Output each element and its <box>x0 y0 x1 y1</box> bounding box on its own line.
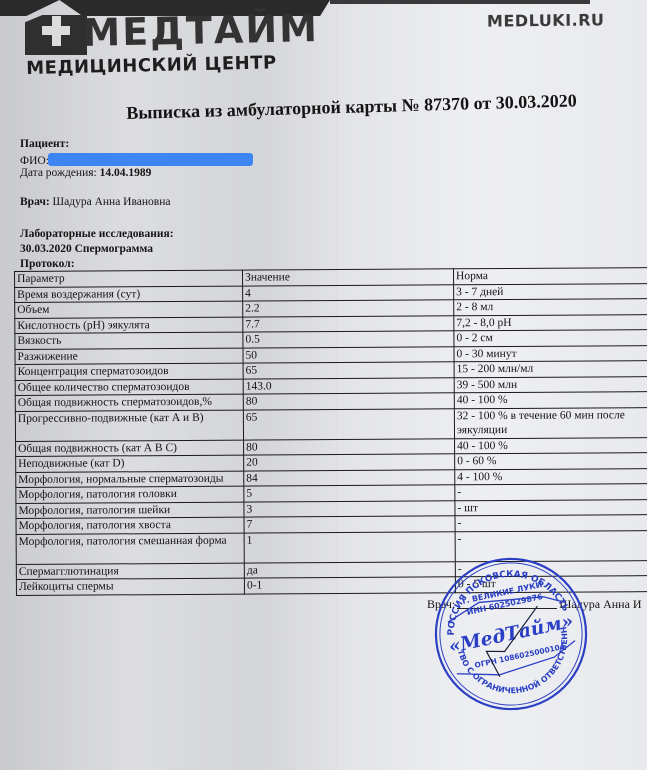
redacted-name <box>48 153 253 166</box>
cell-norm: 0 - 30 минут <box>454 345 647 362</box>
stamp-seal-icon: РОССИЯ ПСКОВСКАЯ ОБЛАСТЬ ОБЩЕСТВО С ОГРА… <box>417 540 604 727</box>
dob-label: Дата рождения: <box>20 167 97 179</box>
lab-test-line: 30.03.2020 Спермограмма <box>20 243 153 255</box>
patient-label: Пациент: <box>20 138 69 150</box>
doctor-name: Шадура Анна Ивановна <box>53 196 171 208</box>
cell-value: 3 <box>244 500 455 517</box>
cell-param: Прогрессивно-подвижные (кат А и В) <box>15 410 243 441</box>
cell-value: 143.0 <box>243 377 454 394</box>
cell-param: Морфология, патология головки <box>16 486 244 503</box>
header-param: Параметр <box>15 270 243 287</box>
cell-value: 2.2 <box>243 300 454 317</box>
lab-label: Лабораторные исследования: <box>20 228 174 240</box>
medical-cross-icon <box>42 16 70 46</box>
cell-value: 20 <box>244 454 455 471</box>
header-value: Значение <box>242 269 453 286</box>
cell-value: 7 <box>244 516 455 533</box>
cell-value: 0.5 <box>243 331 454 348</box>
cell-value: 7.7 <box>243 315 454 332</box>
cell-norm: 0 - 60 % <box>455 453 647 470</box>
clinic-stamp: РОССИЯ ПСКОВСКАЯ ОБЛАСТЬ ОБЩЕСТВО С ОГРА… <box>417 540 604 727</box>
cell-value: 65 <box>243 408 454 439</box>
logo-band-edge <box>330 0 590 4</box>
cell-param: Общая подвижность (кат А В С) <box>16 440 244 457</box>
cell-value: 80 <box>243 393 454 410</box>
cell-param: Морфология, патология хвоста <box>16 517 244 534</box>
cell-norm: 2 - 8 мл <box>454 299 647 316</box>
cell-value: 5 <box>244 485 455 502</box>
cell-value: 84 <box>244 469 455 486</box>
dob-value: 14.04.1989 <box>100 167 152 179</box>
brand-name: МЕДТАЙМ <box>82 9 319 52</box>
cell-norm: - шт <box>455 499 647 516</box>
cell-param: Концентрация сперматозоидов <box>15 363 243 380</box>
cell-norm: 4 - 100 % <box>455 468 647 485</box>
cell-param: Общее количество сперматозоидов <box>15 379 243 396</box>
lab-test: 30.03.2020 Спермограмма <box>20 244 153 256</box>
cell-norm: - <box>455 515 647 532</box>
cell-param: Кислотность (pH) эякулята <box>15 317 243 334</box>
cell-value: 80 <box>244 438 455 455</box>
site-url: MEDLUKI.RU <box>487 10 605 30</box>
cell-param: Вязкость <box>15 332 243 349</box>
cell-norm: 39 - 500 млн <box>454 376 647 393</box>
cell-param: Морфология, патология шейки <box>16 502 244 519</box>
cell-norm: - <box>455 484 647 501</box>
fio-label: ФИО: <box>20 155 49 167</box>
cell-norm: 0 - 2 см <box>454 330 647 347</box>
cell-param: Лейкоциты спермы <box>16 578 244 595</box>
cell-param: Спермагглютинация <box>16 563 244 580</box>
patient-section-label: Пациент: <box>20 139 69 151</box>
protocol: Протокол: <box>20 259 75 271</box>
patient-fio: ФИО: <box>20 153 253 168</box>
cell-norm: 15 - 200 млн/мл <box>454 361 647 378</box>
cell-norm: 3 - 7 дней <box>454 283 647 300</box>
cell-param: Время воздержания (сут) <box>15 286 243 303</box>
cell-value: 50 <box>243 346 454 363</box>
cell-param: Морфология, нормальные сперматозоиды <box>16 471 244 488</box>
cell-norm: 32 - 100 % в течение 60 мин после эякуля… <box>454 407 647 438</box>
doctor-line: Врач: Шадура Анна Ивановна <box>20 197 170 209</box>
cell-value: 65 <box>243 362 454 379</box>
cell-norm: 40 - 100 % <box>454 392 647 409</box>
cell-param: Общая подвижность сперматозоидов,% <box>15 394 243 411</box>
cell-param: Разжижение <box>15 348 243 365</box>
protocol-label: Протокол: <box>20 258 75 270</box>
table-row: Прогрессивно-подвижные (кат А и В)6532 -… <box>15 407 647 441</box>
cell-norm: 7,2 - 8,0 pH <box>454 314 647 331</box>
cell-norm: 40 - 100 % <box>455 437 647 454</box>
lab-section: Лабораторные исследования: <box>20 229 174 241</box>
cell-value: 1 <box>244 531 455 562</box>
cell-param: Неподвижные (кат D) <box>16 455 244 472</box>
cell-param: Морфология, патология смешанная форма <box>16 533 244 564</box>
doctor-label: Врач: <box>20 196 50 208</box>
patient-dob: Дата рождения: 14.04.1989 <box>20 168 151 180</box>
cell-value: 4 <box>243 284 454 301</box>
header-norm: Норма <box>453 268 647 285</box>
cell-param: Объем <box>15 301 243 318</box>
